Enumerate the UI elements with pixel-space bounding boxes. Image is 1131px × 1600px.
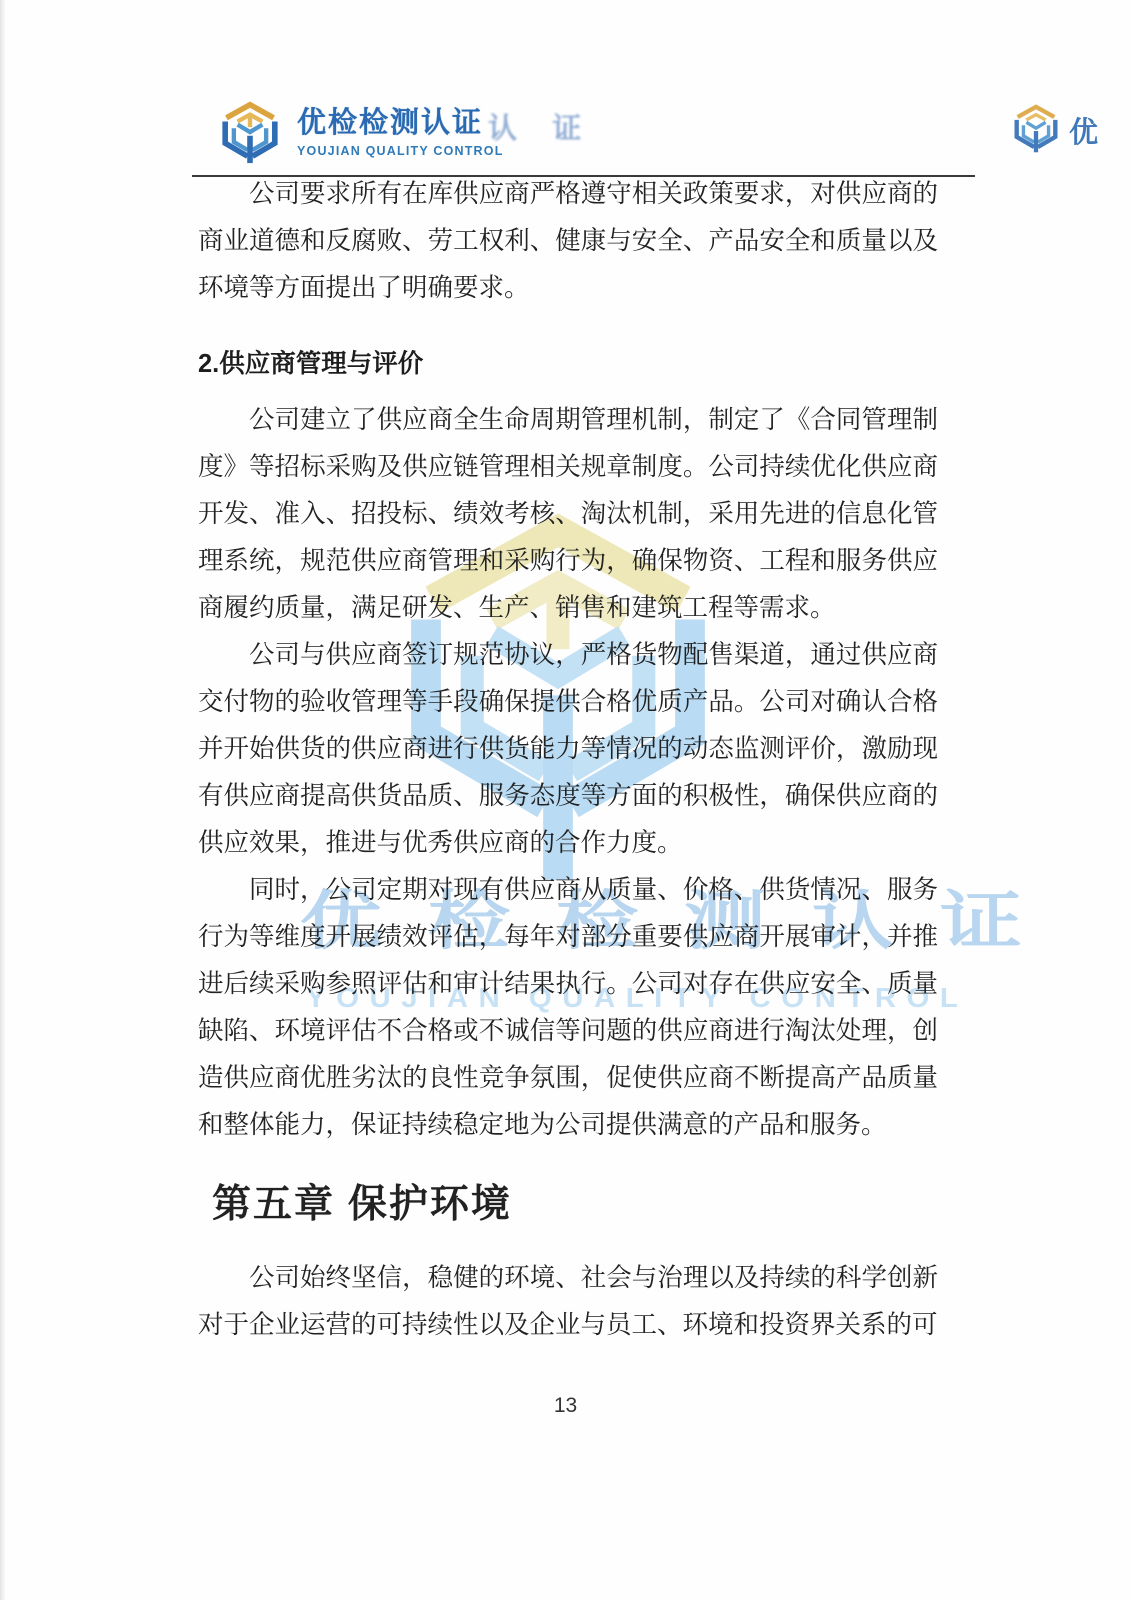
chapter-heading: 第五章 保护环境 — [198, 1176, 938, 1234]
page-header: 优检检测认证 YOUJIAN QUALITY CONTROL 认 证 — [210, 101, 504, 173]
section-heading: 2.供应商管理与评价 — [198, 343, 938, 385]
paragraph-2: 公司建立了供应商全生命周期管理机制，制定了《合同管理制度》等招标采购及供应链管理… — [198, 396, 938, 631]
brand-block: 优检检测认证 YOUJIAN QUALITY CONTROL — [297, 101, 504, 158]
corner-logo: 优 — [1007, 104, 1098, 160]
paragraph-4: 同时，公司定期对现有供应商从质量、价格、供货情况、服务行为等维度开展绩效评估，每… — [198, 866, 938, 1148]
paragraph-5: 公司始终坚信，稳健的环境、社会与治理以及持续的科学创新对于企业运营的可持续性以及… — [198, 1254, 938, 1348]
brand-name-cn: 优检检测认证 — [297, 107, 504, 140]
corner-brand-text: 优 — [1069, 110, 1098, 160]
paragraph-1: 公司要求所有在库供应商严格遵守相关政策要求，对供应商的商业道德和反腐败、劳工权利… — [198, 170, 938, 311]
corner-brand-cube-icon — [1007, 104, 1065, 160]
page-number: 13 — [0, 1394, 1131, 1418]
brand-cube-icon — [210, 101, 290, 173]
stamp-fragment: 认 证 — [488, 106, 595, 147]
document-body: 公司要求所有在库供应商严格遵守相关政策要求，对供应商的商业道德和反腐败、劳工权利… — [198, 170, 938, 1348]
brand-name-en: YOUJIAN QUALITY CONTROL — [297, 144, 504, 158]
paragraph-3: 公司与供应商签订规范协议，严格货物配售渠道，通过供应商交付物的验收管理等手段确保… — [198, 631, 938, 866]
document-page: 优检检测认证 YOUJIAN QUALITY CONTROL 优检检测认证 YO… — [0, 0, 1131, 1600]
